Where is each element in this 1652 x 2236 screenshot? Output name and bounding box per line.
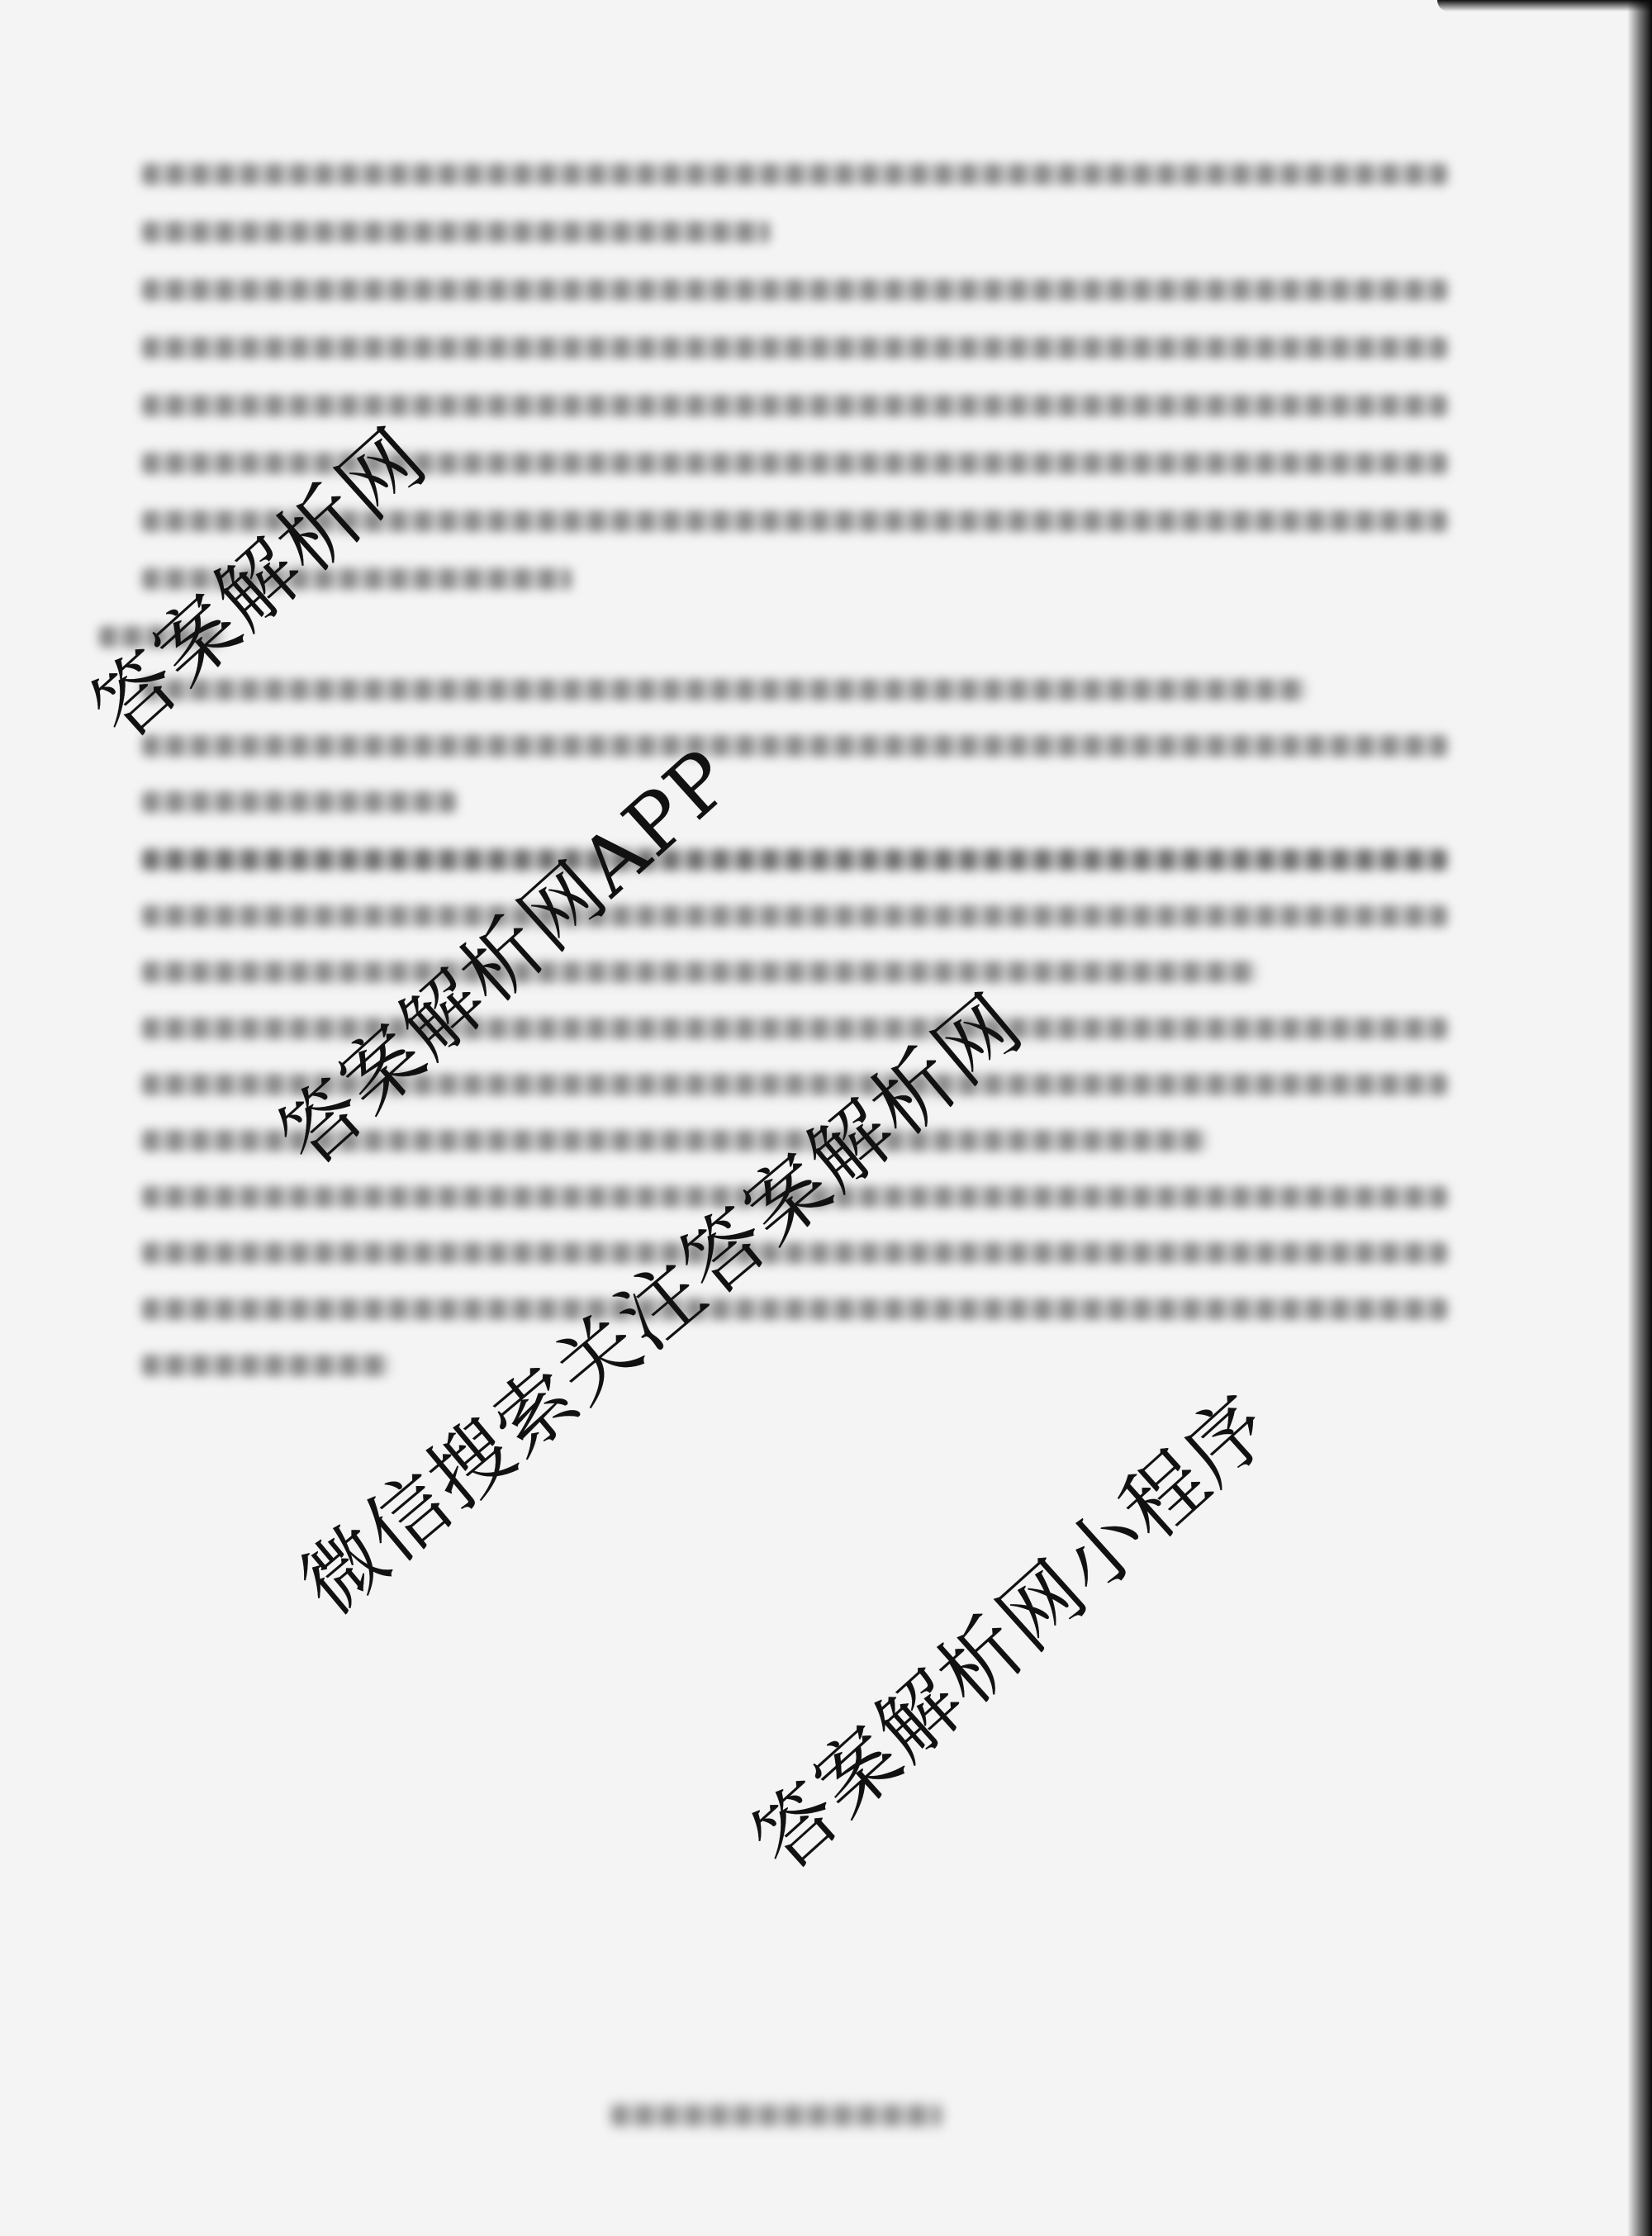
text-line	[142, 1298, 1447, 1320]
text-line	[142, 961, 1257, 983]
text-line	[142, 735, 1447, 757]
text-line	[142, 679, 1307, 700]
page-edge-shadow	[1437, 0, 1652, 12]
text-line	[142, 1355, 390, 1376]
page-edge-shadow	[1627, 0, 1652, 2236]
text-line	[142, 221, 770, 243]
text-line	[142, 395, 1447, 416]
text-line	[142, 905, 1447, 927]
page-footer	[611, 2105, 942, 2126]
text-line	[142, 279, 1447, 301]
watermark: 答案解析网小程序	[724, 1364, 1293, 1892]
document-page: 答案解析网 答案解析网APP 微信搜索关注答案解析网 答案解析网小程序	[0, 0, 1652, 2236]
text-line	[142, 849, 1447, 871]
text-line	[142, 337, 1447, 358]
text-line	[142, 791, 456, 813]
text-line	[142, 164, 1447, 185]
watermark: 答案解析网APP	[250, 719, 752, 1187]
